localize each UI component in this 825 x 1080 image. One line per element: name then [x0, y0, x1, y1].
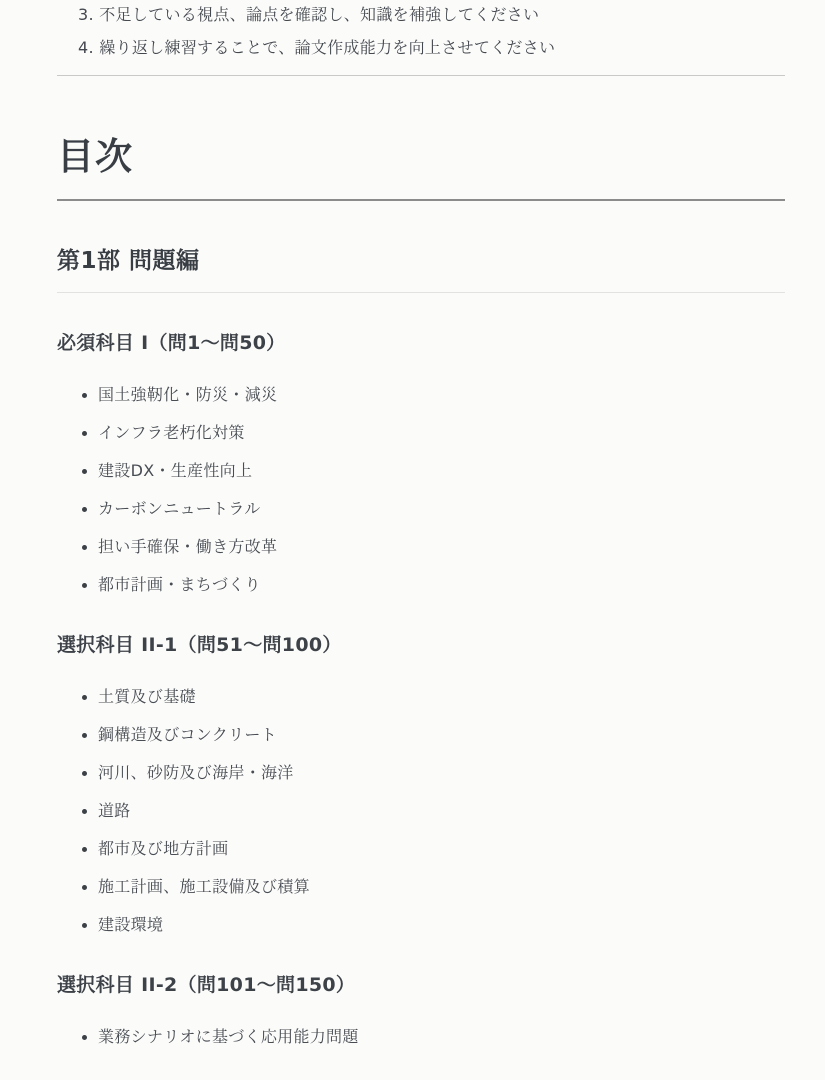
list-item: 業務シナリオに基づく応用能力問題	[98, 1026, 785, 1047]
list-item: インフラ老朽化対策	[98, 422, 785, 443]
topic-list-sentaku-kamoku-2-2: 業務シナリオに基づく応用能力問題	[57, 1026, 785, 1047]
list-item: 河川、砂防及び海岸・海洋	[98, 762, 785, 783]
part1-heading: 第1部 問題編	[57, 246, 785, 276]
toc-title: 目次	[57, 135, 785, 179]
list-item: 土質及び基礎	[98, 686, 785, 707]
topic-list-hissu-kamoku-1: 国土強靭化・防災・減災 インフラ老朽化対策 建設DX・生産性向上 カーボンニュー…	[57, 384, 785, 595]
toc-title-underline	[57, 199, 785, 201]
document-page: 3. 不足している視点、論点を確認し、知識を補強してください 4. 繰り返し練習…	[0, 0, 825, 1080]
list-item: カーボンニュートラル	[98, 498, 785, 519]
section-divider	[57, 75, 785, 76]
section-heading-sentaku-kamoku-2-1: 選択科目 II-1（問51〜問100）	[57, 633, 785, 658]
intro-item-4: 4. 繰り返し練習することで、論文作成能力を向上させてください	[57, 37, 785, 59]
intro-list: 3. 不足している視点、論点を確認し、知識を補強してください 4. 繰り返し練習…	[57, 4, 785, 59]
list-item: 施工計画、施工設備及び積算	[98, 876, 785, 897]
list-item: 担い手確保・働き方改革	[98, 536, 785, 557]
list-item: 国土強靭化・防災・減災	[98, 384, 785, 405]
list-item: 建設DX・生産性向上	[98, 460, 785, 481]
list-item: 都市計画・まちづくり	[98, 574, 785, 595]
list-item: 道路	[98, 800, 785, 821]
list-item: 鋼構造及びコンクリート	[98, 724, 785, 745]
list-item: 都市及び地方計画	[98, 838, 785, 859]
list-item: 建設環境	[98, 914, 785, 935]
intro-item-3: 3. 不足している視点、論点を確認し、知識を補強してください	[57, 4, 785, 26]
section-heading-hissu-kamoku-1: 必須科目 I（問1〜問50）	[57, 331, 785, 356]
part1-underline	[57, 292, 785, 293]
section-heading-sentaku-kamoku-2-2: 選択科目 II-2（問101〜問150）	[57, 973, 785, 998]
topic-list-sentaku-kamoku-2-1: 土質及び基礎 鋼構造及びコンクリート 河川、砂防及び海岸・海洋 道路 都市及び地…	[57, 686, 785, 935]
